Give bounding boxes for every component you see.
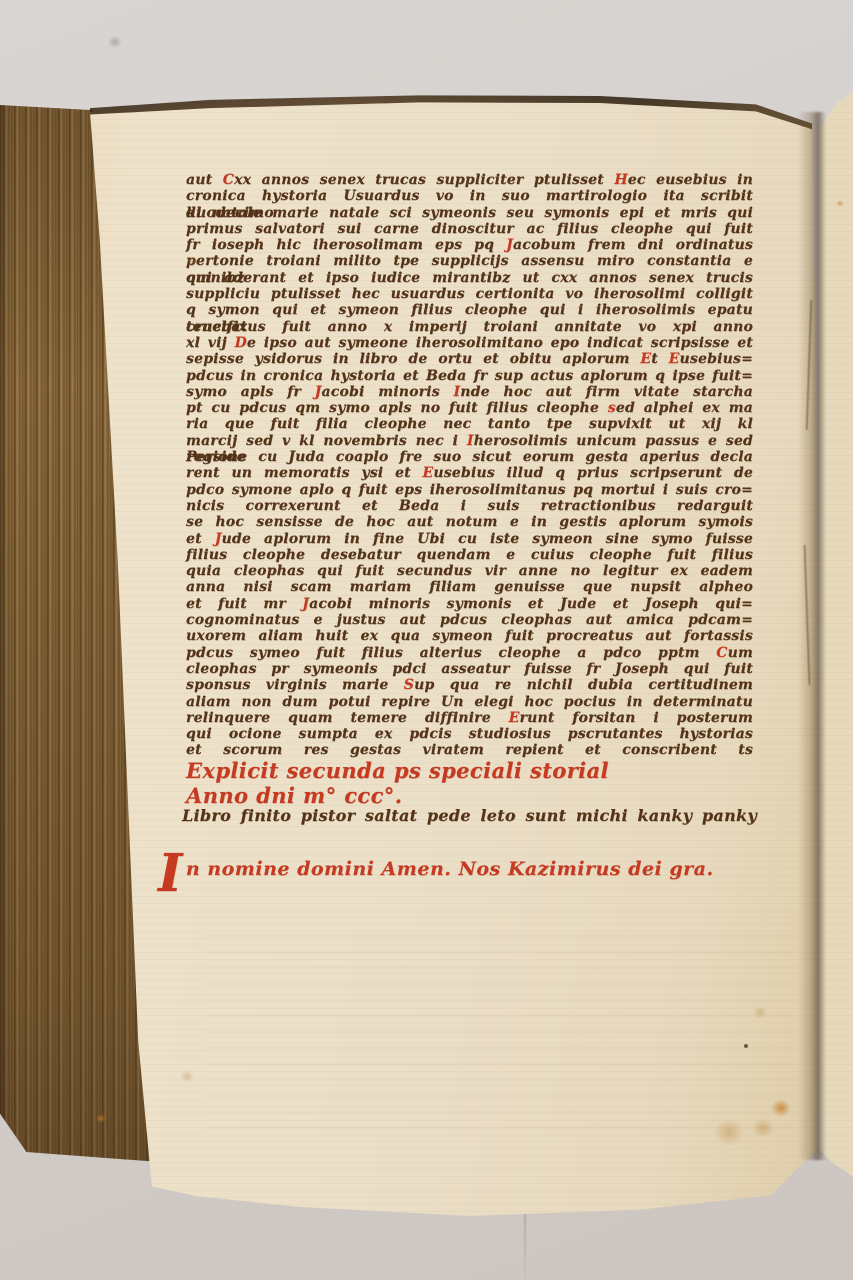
manuscript-line: sepisse ysidorus in libro de ortu et obi… [186,351,753,367]
explicit-text: Explicit secunda ps speciali storial Ann… [186,758,609,808]
manuscript-line: quia cleophas qui fuit secundus vir anne… [186,563,753,579]
manuscript-line: suppliciu ptulisset hec usuardus certion… [186,286,753,302]
manuscript-text-block: aut Cxx annos senex trucas suppliciter p… [186,172,753,759]
manuscript-line: pertonie troiani milito tpe supplicijs a… [186,253,753,269]
page-stain [180,1070,194,1083]
page-stain [753,1006,767,1019]
flourished-initial: I [158,843,183,904]
manuscript-line: fr ioseph hic iherosolimam eps pq Jacobu… [186,237,753,253]
manuscript-line: sponsus virginis marie Sup qua re nichil… [186,677,753,693]
manuscript-line: pt cu pdcus qm symo apls no fuit filius … [186,400,753,416]
manuscript-line: anna nisi scam mariam filiam genuisse qu… [186,579,753,595]
manuscript-line: nicis correxerunt et Beda i suis retract… [186,498,753,514]
ink-showthrough [205,935,795,1135]
gutter-shadow [798,112,826,1160]
page-stain [836,200,844,207]
colophon-text: Libro finito pistor saltat pede leto sun… [182,806,757,825]
page-stain [186,256,198,267]
invocation-rubric: In nomine domini Amen. Nos Kazimirus dei… [158,858,714,880]
manuscript-line: et fuit mr Jacobi minoris symonis et Jud… [186,596,753,612]
manuscript-line: primus salvatori sui carne dinoscitur ac… [186,221,753,237]
manuscript-line: et scorum res gestas viratem repient et … [186,742,753,758]
manuscript-line: filius cleophe desebatur quendam e cuius… [186,547,753,563]
manuscript-line: aliam non dum potui repire Un elegi hoc … [186,694,753,710]
manuscript-line: marcij sed v kl novembris nec i Iherosol… [186,433,753,449]
page-speck [744,1044,748,1048]
manuscript-line: uxorem aliam huit ex qua symeon fuit pro… [186,628,753,644]
scribal-colophon: Libro finito pistor saltat pede leto sun… [182,806,757,825]
manuscript-photograph: aut Cxx annos senex trucas suppliciter p… [0,0,853,1280]
manuscript-line: se hoc sensisse de hoc aut notum e in ge… [186,514,753,530]
background-smudge [108,36,122,48]
manuscript-line: aut Cxx annos senex trucas suppliciter p… [186,172,753,188]
manuscript-line: cleophas pr symeonis pdci asseatur fuiss… [186,661,753,677]
manuscript-line: regione cu Juda coaplo fre suo sicut eor… [186,449,753,465]
manuscript-line: pdcus symeo fuit filius alterius cleophe… [186,645,753,661]
manuscript-line: rent un memoratis ysi et Eusebius illud … [186,465,753,481]
manuscript-line: relinquere quam temere diffinire Erunt f… [186,710,753,726]
background-crease [524,1208,526,1280]
page-stain [752,1118,774,1138]
manuscript-line: xl vij De ipso aut symeone iherosolimita… [186,335,753,351]
manuscript-line: qui aderant et ipso iudice mirantibz ut … [186,270,753,286]
page-stain [714,1118,744,1146]
manuscript-line: ria que fuit filia cleophe nec tanto tpe… [186,416,753,432]
manuscript-line: crucifixus fuit anno x imperij troiani a… [186,319,753,335]
page-stain [771,1099,791,1117]
explicit-rubric: Explicit secunda ps speciali storial Ann… [186,758,656,808]
manuscript-line: kl natale marie natale sci symeonis seu … [186,205,753,221]
manuscript-line: cronica hystoria Usuardus vo in suo mart… [186,188,753,204]
manuscript-line: cognominatus e justus aut pdcus cleophas… [186,612,753,628]
invocation-text: n nomine domini Amen. Nos Kazimirus dei … [186,858,714,880]
manuscript-line: q symon qui et symeon filius cleophe qui… [186,302,753,318]
manuscript-line: qui ocione sumpta ex pdcis studiosius ps… [186,726,753,742]
manuscript-line: pdcus in cronica hystoria et Beda fr sup… [186,368,753,384]
page-stain [96,1114,106,1123]
manuscript-line: pdco symone aplo q fuit eps iherosolimit… [186,482,753,498]
manuscript-line: symo apls fr Jacobi minoris Inde hoc aut… [186,384,753,400]
manuscript-line: et Jude aplorum in fine Ubi cu iste syme… [186,531,753,547]
